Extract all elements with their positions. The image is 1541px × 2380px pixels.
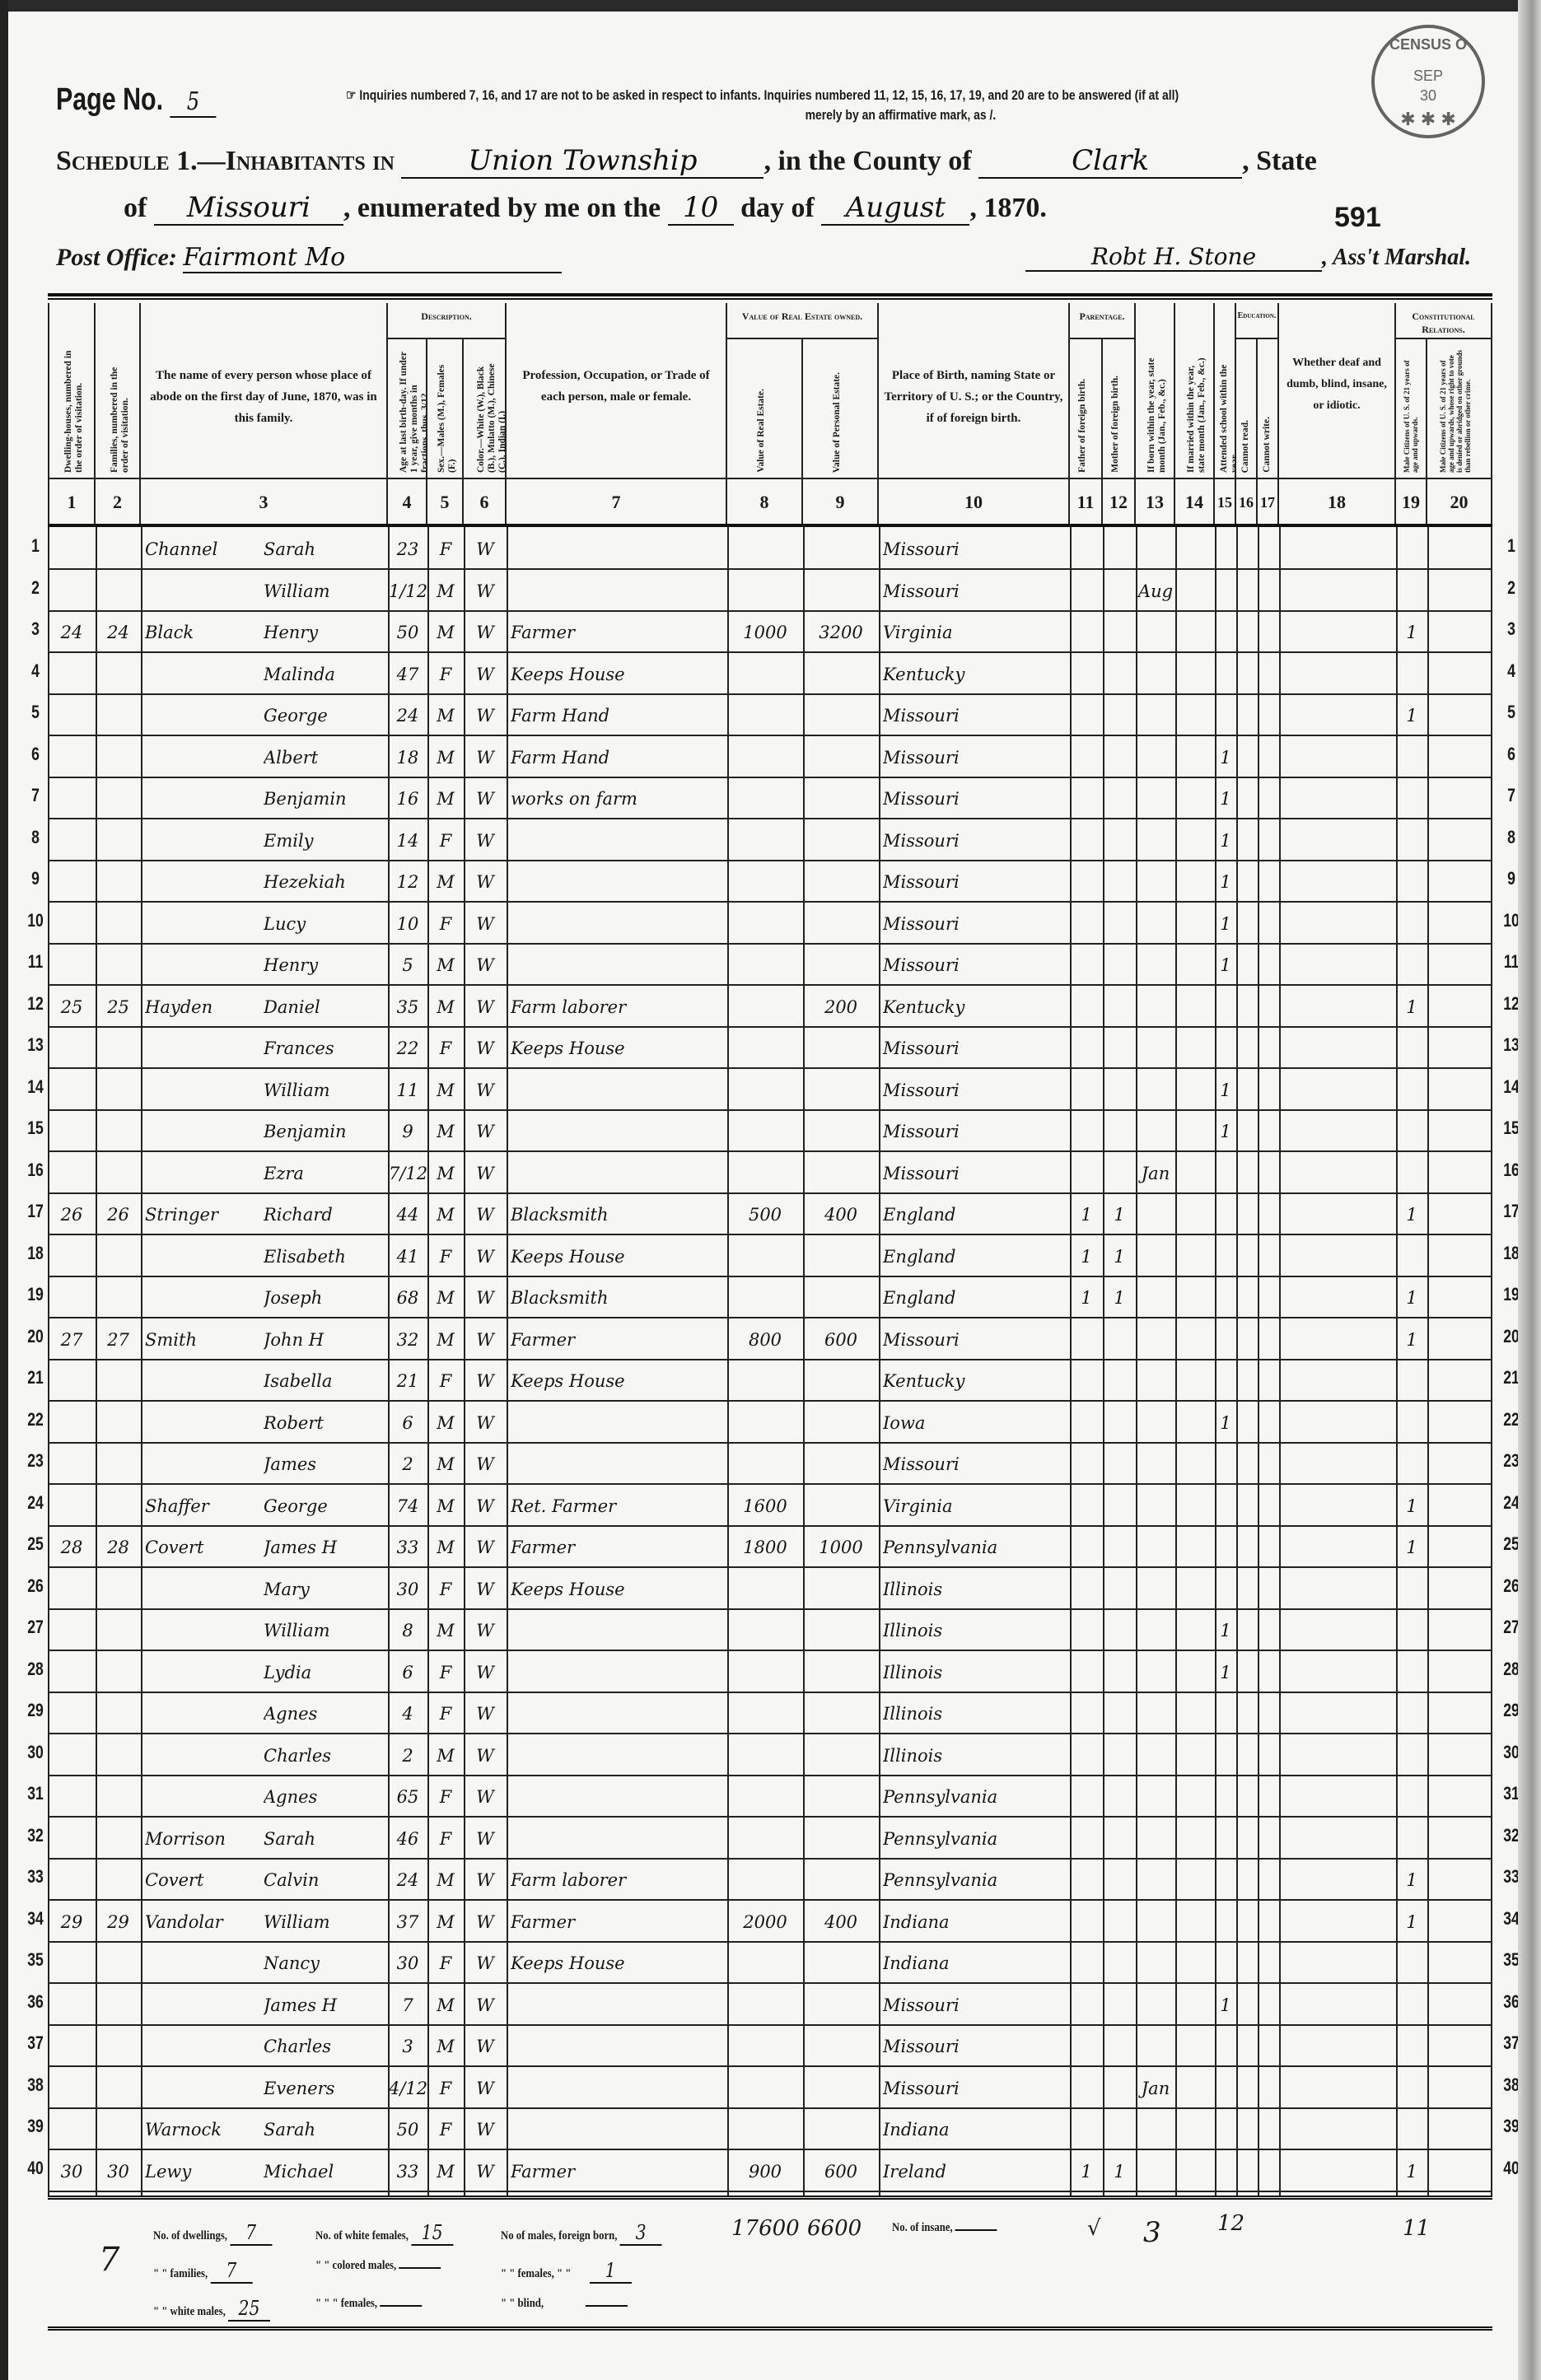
cell-color: W [465, 865, 506, 899]
cell-born-month [1137, 1114, 1174, 1149]
cell-family-number [97, 824, 139, 858]
cell-sex: F [428, 1572, 463, 1607]
cell-birthplace: Missouri [883, 1447, 1068, 1482]
cell-surname [145, 1946, 260, 1981]
cell-attended-school [1216, 2071, 1235, 2106]
cell-family-number: 27 [97, 1323, 139, 1357]
cell-age: 14 [389, 824, 427, 858]
cell-real-estate-value [729, 574, 801, 609]
cell-given-name: Calvin [264, 1863, 387, 1897]
cell-father-foreign [1071, 532, 1102, 567]
marshal-signature: Robt H. Stone [1025, 243, 1322, 272]
cell-attended-school [1216, 1031, 1235, 1066]
cell-real-estate-value [729, 1988, 801, 2023]
cell-family-number [97, 1988, 139, 2023]
cell-dwelling-number [49, 657, 94, 692]
cell-family-number [97, 1031, 139, 1066]
cell-married-month [1176, 1406, 1214, 1440]
row-rule [48, 2191, 1492, 2192]
header-born-month-text: If born within the year, state month (Ja… [1146, 349, 1168, 473]
born-in-year-total: 3 [1143, 2216, 1161, 2249]
cell-color: W [465, 1530, 506, 1565]
cell-born-month [1137, 1031, 1174, 1066]
cell-occupation [511, 1988, 725, 2023]
cell-birthplace: Illinois [883, 1572, 1068, 1607]
line-number-left: 17 [26, 1201, 45, 1222]
cell-male-citizen [1397, 574, 1427, 609]
table-row: 31Agnes65FWPennsylvania31 [0, 1776, 1541, 1818]
cell-real-estate-value: 800 [729, 1323, 801, 1357]
table-row: 4Malinda47FWKeeps HouseKentucky4 [0, 654, 1541, 695]
cell-birthplace: Kentucky [883, 990, 1068, 1024]
cell-age: 10 [389, 907, 427, 941]
cell-father-foreign [1071, 1988, 1102, 2023]
cell-real-estate-value [729, 740, 801, 775]
cell-mother-foreign [1104, 1447, 1135, 1482]
cell-sex: F [428, 1031, 463, 1066]
cell-occupation [511, 2071, 725, 2106]
cell-family-number [97, 782, 139, 816]
cell-father-foreign [1071, 1696, 1102, 1731]
cell-surname: Vandolar [145, 1905, 260, 1939]
cell-birthplace: Missouri [883, 865, 1068, 899]
cell-male-citizen [1397, 1447, 1427, 1482]
cell-surname: Black [145, 615, 260, 650]
cell-age: 2 [389, 1447, 427, 1482]
day-field: 10 [668, 191, 734, 226]
cell-family-number [97, 1156, 139, 1191]
cell-birthplace: England [883, 1281, 1068, 1315]
cell-born-month [1137, 1406, 1174, 1440]
cell-birthplace: Indiana [883, 2112, 1068, 2147]
colnum-10: 10 [879, 479, 1070, 525]
cell-occupation: Keeps House [511, 1239, 725, 1274]
cell-dwelling-number [49, 1696, 94, 1731]
cell-dwelling-number [49, 1988, 94, 2023]
cell-father-foreign [1071, 1655, 1102, 1690]
cell-sex: M [428, 990, 463, 1024]
colnum-16: 16 [1236, 479, 1258, 525]
white-males-value: 25 [228, 2297, 270, 2322]
cell-family-number [97, 1863, 139, 1897]
cell-mother-foreign [1104, 824, 1135, 858]
county-field: Clark [978, 144, 1242, 179]
cell-sex: F [428, 907, 463, 941]
cell-father-foreign: 1 [1071, 2154, 1102, 2189]
cell-married-month [1176, 1323, 1214, 1357]
cell-attended-school [1216, 1281, 1235, 1315]
cell-married-month [1176, 1613, 1214, 1648]
cell-father-foreign [1071, 1946, 1102, 1981]
cell-color: W [465, 2071, 506, 2106]
cell-attended-school [1216, 1780, 1235, 1814]
line-number-left: 32 [26, 1825, 45, 1846]
cell-married-month [1176, 1073, 1214, 1108]
cell-sex: F [428, 2071, 463, 2106]
cell-age: 22 [389, 1031, 427, 1066]
cell-dwelling-number [49, 1281, 94, 1315]
cell-mother-foreign: 1 [1104, 1239, 1135, 1274]
cell-given-name: Agnes [264, 1696, 387, 1731]
line-number-left: 14 [26, 1076, 45, 1098]
cell-born-month [1137, 1572, 1174, 1607]
post-office-line: Post Office: Fairmont Mo [56, 243, 562, 273]
table-row: 37Charles3MWMissouri37 [0, 2026, 1541, 2067]
cell-sex: M [428, 948, 463, 982]
cell-dwelling-number [49, 1447, 94, 1482]
cell-father-foreign [1071, 782, 1102, 816]
cell-real-estate-value [729, 907, 801, 941]
cell-dwelling-number: 26 [49, 1197, 94, 1232]
cell-surname [145, 2071, 260, 2106]
cell-surname [145, 948, 260, 982]
cell-father-foreign [1071, 1447, 1102, 1482]
table-row: 202727SmithJohn H32MWFarmer800600Missour… [0, 1319, 1541, 1360]
cell-given-name: Elisabeth [264, 1239, 387, 1274]
line-number-left: 21 [26, 1367, 45, 1388]
cell-age: 47 [389, 657, 427, 692]
cell-birthplace: Kentucky [883, 657, 1068, 692]
table-row: 11Henry5MWMissouri111 [0, 945, 1541, 986]
cell-sex: M [428, 1988, 463, 2023]
cell-sex: M [428, 1073, 463, 1108]
cell-surname [145, 657, 260, 692]
cell-father-foreign: 1 [1071, 1281, 1102, 1315]
cell-attended-school [1216, 990, 1235, 1024]
cell-birthplace: Missouri [883, 1323, 1068, 1357]
cell-sex: M [428, 574, 463, 609]
cell-birthplace: Missouri [883, 1073, 1068, 1108]
cell-sex: F [428, 1780, 463, 1814]
cell-color: W [465, 657, 506, 692]
cell-born-month [1137, 1946, 1174, 1981]
cell-born-month: Aug [1137, 574, 1174, 609]
cell-real-estate-value [729, 1738, 801, 1773]
cell-born-month [1137, 865, 1174, 899]
cell-sex: F [428, 1822, 463, 1856]
cell-given-name: Benjamin [264, 1114, 387, 1149]
table-row: 342929VandolarWilliam37MWFarmer2000400In… [0, 1902, 1541, 1943]
cell-mother-foreign [1104, 2112, 1135, 2147]
cell-mother-foreign [1104, 1905, 1135, 1939]
cell-birthplace: England [883, 1239, 1068, 1274]
cell-attended-school [1216, 1447, 1235, 1482]
cell-sex: M [428, 740, 463, 775]
cell-occupation [511, 1780, 725, 1814]
cell-given-name: Charles [264, 2029, 387, 2064]
cell-given-name: James H [264, 1988, 387, 2023]
cell-occupation: Farm laborer [511, 1863, 725, 1897]
cell-occupation: Farmer [511, 1323, 725, 1357]
cell-age: 33 [389, 1530, 427, 1565]
cell-color: W [465, 1031, 506, 1066]
cell-real-estate-value: 2000 [729, 1905, 801, 1939]
cell-family-number: 30 [97, 2154, 139, 2189]
cell-mother-foreign [1104, 1031, 1135, 1066]
table-row: 9Hezekiah12MWMissouri19 [0, 861, 1541, 903]
cell-given-name: Henry [264, 615, 387, 650]
cell-birthplace: Missouri [883, 1114, 1068, 1149]
cell-born-month [1137, 1613, 1174, 1648]
cell-attended-school [1216, 1530, 1235, 1565]
cell-birthplace: Missouri [883, 1156, 1068, 1191]
cell-family-number [97, 1946, 139, 1981]
cell-given-name: Lydia [264, 1655, 387, 1690]
cell-dwelling-number [49, 907, 94, 941]
cell-birthplace: Ireland [883, 2154, 1068, 2189]
cell-born-month [1137, 1323, 1174, 1357]
cell-real-estate-value: 1800 [729, 1530, 801, 1565]
cell-given-name: Charles [264, 1738, 387, 1773]
cell-father-foreign [1071, 1114, 1102, 1149]
line-number-left: 28 [26, 1659, 45, 1680]
cell-dwelling-number [49, 1572, 94, 1607]
cell-age: 11 [389, 1073, 427, 1108]
cell-born-month [1137, 1489, 1174, 1524]
cell-sex: F [428, 1696, 463, 1731]
cell-born-month [1137, 1738, 1174, 1773]
cell-dwelling-number [49, 1780, 94, 1814]
cell-dwelling-number [49, 2029, 94, 2064]
cell-birthplace: England [883, 1197, 1068, 1232]
cell-age: 23 [389, 532, 427, 567]
cell-family-number [97, 1114, 139, 1149]
table-row: 403030LewyMichael33MWFarmer900600Ireland… [0, 2151, 1541, 2192]
cell-attended-school [1216, 1696, 1235, 1731]
cell-real-estate-value [729, 657, 801, 692]
cell-family-number [97, 907, 139, 941]
cell-attended-school [1216, 1946, 1235, 1981]
cell-family-number [97, 1489, 139, 1524]
cell-birthplace: Missouri [883, 532, 1068, 567]
header-vote-denied: Male Citizens of U. S. of 21 years of ag… [1427, 339, 1492, 478]
table-row: 15Benjamin9MWMissouri115 [0, 1111, 1541, 1152]
totals-insane: No. of insane, [892, 2221, 997, 2235]
cell-age: 44 [389, 1197, 427, 1232]
cell-real-estate-value [729, 1114, 801, 1149]
cell-personal-estate-value [805, 1946, 877, 1981]
cell-age: 9 [389, 1114, 427, 1149]
header-school: Attended school within the year. [1215, 303, 1236, 478]
cell-age: 74 [389, 1489, 427, 1524]
cell-personal-estate-value [805, 532, 877, 567]
table-row: 30Charles2MWIllinois30 [0, 1735, 1541, 1776]
day-of-label: day of [740, 193, 815, 223]
cell-color: W [465, 1613, 506, 1648]
cell-attended-school: 1 [1216, 1655, 1235, 1690]
cell-color: W [465, 1239, 506, 1274]
cell-family-number [97, 1822, 139, 1856]
census-office-stamp: CENSUS O SEP 30 ✱ ✱ ✱ [1371, 25, 1485, 138]
page-no-value: 5 [170, 87, 217, 118]
cell-family-number: 28 [97, 1530, 139, 1565]
cell-surname: Channel [145, 532, 260, 567]
families-label: " " families, [153, 2267, 208, 2280]
cell-born-month [1137, 948, 1174, 982]
cell-personal-estate-value: 400 [805, 1905, 877, 1939]
cell-given-name: William [264, 574, 387, 609]
header-cannot-read-text: Cannot read. [1240, 420, 1251, 473]
cell-surname [145, 1655, 260, 1690]
line-number-left: 34 [26, 1908, 45, 1930]
cell-married-month [1176, 2029, 1214, 2064]
cell-sex: F [428, 2112, 463, 2147]
cell-attended-school: 1 [1216, 948, 1235, 982]
table-row: 33CovertCalvin24MWFarm laborerPennsylvan… [0, 1860, 1541, 1901]
cell-born-month [1137, 2112, 1174, 2147]
cell-color: W [465, 1073, 506, 1108]
cell-family-number [97, 1696, 139, 1731]
cell-married-month [1176, 2112, 1214, 2147]
white-females-value: 15 [411, 2221, 453, 2246]
cell-age: 3 [389, 2029, 427, 2064]
cell-male-citizen [1397, 1696, 1427, 1731]
cell-dwelling-number [49, 824, 94, 858]
cell-occupation [511, 2112, 725, 2147]
stamp-line-3: 30 [1375, 87, 1482, 105]
cell-real-estate-value [729, 1572, 801, 1607]
cell-family-number: 29 [97, 1905, 139, 1939]
inquiry-line-2: merely by an affirmative mark, as /. [346, 105, 1305, 125]
cell-mother-foreign [1104, 1655, 1135, 1690]
cell-born-month [1137, 740, 1174, 775]
table-row: 6Albert18MWFarm HandMissouri16 [0, 737, 1541, 778]
cell-born-month [1137, 1988, 1174, 2023]
header-real-estate: Value of Real Estate. [727, 339, 803, 478]
cell-family-number [97, 1613, 139, 1648]
cell-born-month [1137, 615, 1174, 650]
header-married-month-text: If married within the year, state month … [1186, 349, 1207, 473]
header-sex: Sex.—Males (M.), Females (F.) [427, 339, 464, 478]
cell-family-number [97, 2029, 139, 2064]
cell-personal-estate-value [805, 1114, 877, 1149]
cell-personal-estate-value [805, 1073, 877, 1108]
cell-given-name: George [264, 1489, 387, 1524]
cell-personal-estate-value [805, 1780, 877, 1814]
cell-surname: Morrison [145, 1822, 260, 1856]
dwellings-label: No. of dwellings, [153, 2229, 227, 2242]
colnum-5: 5 [427, 479, 464, 525]
cell-surname [145, 1156, 260, 1191]
line-number-left: 18 [26, 1243, 45, 1264]
cell-male-citizen: 1 [1397, 615, 1427, 650]
inquiry-line-1: ☞ Inquiries numbered 7, 16, and 17 are n… [346, 87, 1179, 103]
cell-surname [145, 1031, 260, 1066]
header-male-citizens-text: Male Citizens of U. S. of 21 years of ag… [1403, 349, 1419, 473]
cell-personal-estate-value [805, 1572, 877, 1607]
cell-dwelling-number: 27 [49, 1323, 94, 1357]
cell-age: 16 [389, 782, 427, 816]
cell-surname: Stringer [145, 1197, 260, 1232]
cell-sex: M [428, 1863, 463, 1897]
cell-father-foreign [1071, 1031, 1102, 1066]
cell-male-citizen: 1 [1397, 1905, 1427, 1939]
cell-occupation [511, 1156, 725, 1191]
cell-family-number [97, 1738, 139, 1773]
line-number-left: 30 [26, 1742, 45, 1763]
cell-given-name: William [264, 1905, 387, 1939]
cell-given-name: Lucy [264, 907, 387, 941]
cell-married-month [1176, 865, 1214, 899]
table-row: 39WarnockSarah50FWIndiana39 [0, 2109, 1541, 2150]
cell-surname [145, 2029, 260, 2064]
cell-occupation [511, 1406, 725, 1440]
cell-attended-school: 1 [1216, 1114, 1235, 1149]
cell-married-month [1176, 1364, 1214, 1398]
cell-given-name: Benjamin [264, 782, 387, 816]
cell-occupation: Farmer [511, 615, 725, 650]
cell-color: W [465, 1406, 506, 1440]
cell-father-foreign [1071, 907, 1102, 941]
cell-father-foreign [1071, 865, 1102, 899]
cell-real-estate-value [729, 1946, 801, 1981]
cell-birthplace: Missouri [883, 907, 1068, 941]
cell-personal-estate-value: 400 [805, 1197, 877, 1232]
cell-mother-foreign [1104, 1406, 1135, 1440]
cell-married-month [1176, 615, 1214, 650]
cell-color: W [465, 824, 506, 858]
cell-married-month [1176, 2071, 1214, 2106]
cell-sex: M [428, 1738, 463, 1773]
cell-age: 32 [389, 1323, 427, 1357]
line-number-left: 27 [26, 1617, 45, 1638]
cell-married-month [1176, 1239, 1214, 1274]
cell-family-number [97, 1447, 139, 1482]
cell-attended-school [1216, 1863, 1235, 1897]
colnum-2: 2 [96, 479, 141, 525]
cell-color: W [465, 1988, 506, 2023]
cell-father-foreign [1071, 1905, 1102, 1939]
table-row: 21Isabella21FWKeeps HouseKentucky21 [0, 1360, 1541, 1402]
table-row: 172626StringerRichard44MWBlacksmith50040… [0, 1194, 1541, 1235]
cell-sex: M [428, 865, 463, 899]
line-number-left: 5 [26, 702, 45, 723]
cell-family-number [97, 1073, 139, 1108]
cell-married-month [1176, 1197, 1214, 1232]
colnum-13: 13 [1136, 479, 1175, 525]
cell-mother-foreign [1104, 2071, 1135, 2106]
cell-surname: Shaffer [145, 1489, 260, 1524]
cell-birthplace: Missouri [883, 2029, 1068, 2064]
cell-surname [145, 1364, 260, 1398]
line-number-left: 19 [26, 1284, 45, 1305]
cell-age: 68 [389, 1281, 427, 1315]
cell-real-estate-value [729, 948, 801, 982]
foreign-males-label: No of males, foreign born, [501, 2229, 617, 2242]
cell-attended-school [1216, 1197, 1235, 1232]
cell-mother-foreign [1104, 1114, 1135, 1149]
cell-mother-foreign [1104, 1323, 1135, 1357]
cell-married-month [1176, 1780, 1214, 1814]
cell-married-month [1176, 782, 1214, 816]
cell-surname: Covert [145, 1530, 260, 1565]
cell-personal-estate-value [805, 948, 877, 982]
cell-sex: M [428, 698, 463, 733]
cell-surname [145, 698, 260, 733]
white-females-label: No. of white females, [315, 2229, 409, 2242]
inquiry-instructions: ☞ Inquiries numbered 7, 16, and 17 are n… [346, 86, 1305, 125]
cell-given-name: Hezekiah [264, 865, 387, 899]
cell-age: 46 [389, 1822, 427, 1856]
value-group-label: Value of Real Estate owned. [727, 303, 879, 339]
cell-married-month [1176, 1946, 1214, 1981]
cell-age: 30 [389, 1946, 427, 1981]
cell-male-citizen [1397, 1073, 1427, 1108]
cell-birthplace: Illinois [883, 1655, 1068, 1690]
cell-mother-foreign [1104, 657, 1135, 692]
cell-mother-foreign [1104, 1073, 1135, 1108]
cell-family-number [97, 2071, 139, 2106]
